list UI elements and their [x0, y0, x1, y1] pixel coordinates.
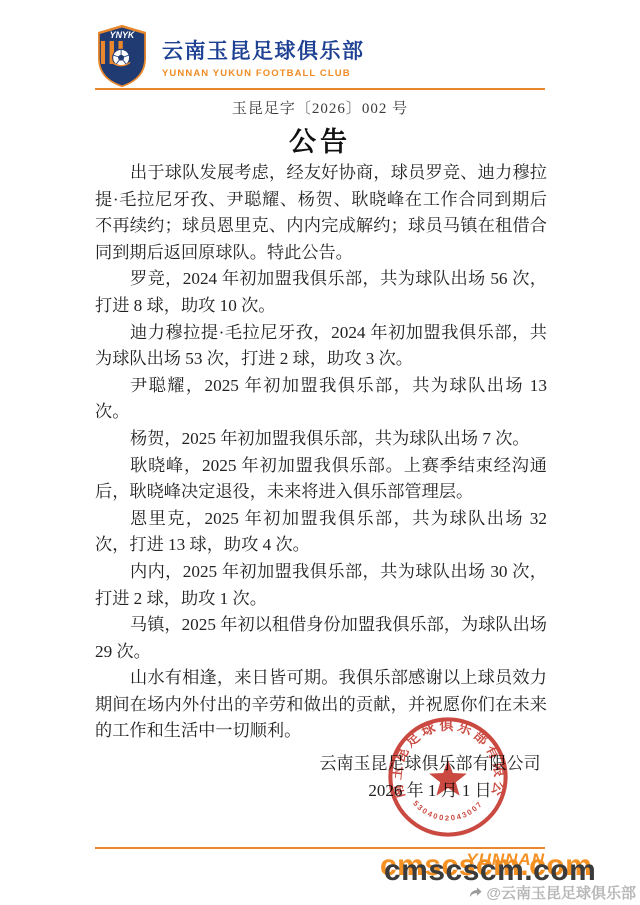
header-divider — [95, 88, 545, 90]
seal-serial-number: 5304002043007 — [411, 799, 485, 823]
official-red-seal: 云南玉昆足球俱乐部有限公司 5304002043007 — [385, 714, 511, 840]
weibo-watermark-text: @云南玉昆足球俱乐部 — [486, 882, 636, 903]
document-number: 玉昆足字〔2026〕002 号 — [95, 97, 545, 118]
body-paragraph: 恩里克，2025 年初加盟我俱乐部，共为球队出场 32 次，打进 13 球，助攻… — [95, 506, 547, 559]
club-header: YNYK 云南玉昆足球俱乐部 YUNNAN YUKUN FOOTBALL CLU… — [95, 24, 545, 88]
body-paragraph: 罗竞，2024 年初加盟我俱乐部，共为球队出场 56 次，打进 8 球，助攻 1… — [95, 266, 547, 319]
body-paragraph: 耿晓峰，2025 年初加盟我俱乐部。上赛季结束经沟通后，耿晓峰决定退役，未来将进… — [95, 453, 547, 506]
body-paragraph: 杨贺，2025 年初加盟我俱乐部，共为球队出场 7 次。 — [95, 426, 547, 453]
club-crest-logo: YNYK — [95, 24, 149, 88]
club-name-block: 云南玉昆足球俱乐部 YUNNAN YUKUN FOOTBALL CLUB — [162, 33, 365, 79]
announcement-page: YNYK 云南玉昆足球俱乐部 YUNNAN YUKUN FOOTBALL CLU… — [0, 0, 640, 905]
seal-star — [429, 760, 467, 796]
body-paragraph: 出于球队发展考虑，经友好协商，球员罗竞、迪力穆拉提·毛拉尼牙孜、尹聪耀、杨贺、耿… — [95, 160, 547, 266]
document-title: 公告 — [95, 120, 545, 159]
announcement-body: 出于球队发展考虑，经友好协商，球员罗竞、迪力穆拉提·毛拉尼牙孜、尹聪耀、杨贺、耿… — [95, 160, 547, 745]
svg-text:5304002043007: 5304002043007 — [411, 799, 485, 823]
logo-abbr-text: YNYK — [110, 30, 135, 40]
weibo-watermark: @云南玉昆足球俱乐部 — [468, 882, 636, 903]
body-paragraph: 内内，2025 年初加盟我俱乐部，共为球队出场 30 次，打进 2 球，助攻 1… — [95, 559, 547, 612]
body-paragraph: 尹聪耀，2025 年初加盟我俱乐部，共为球队出场 13 次。 — [95, 373, 547, 426]
club-name-english: YUNNAN YUKUN FOOTBALL CLUB — [162, 68, 365, 79]
club-name-chinese: 云南玉昆足球俱乐部 — [162, 39, 365, 64]
body-paragraph: 马镇，2025 年初以租借身份加盟我俱乐部，为球队出场 29 次。 — [95, 612, 547, 665]
share-icon — [468, 885, 483, 900]
body-paragraph: 迪力穆拉提·毛拉尼牙孜，2024 年初加盟我俱乐部，共为球队出场 53 次，打进… — [95, 320, 547, 373]
